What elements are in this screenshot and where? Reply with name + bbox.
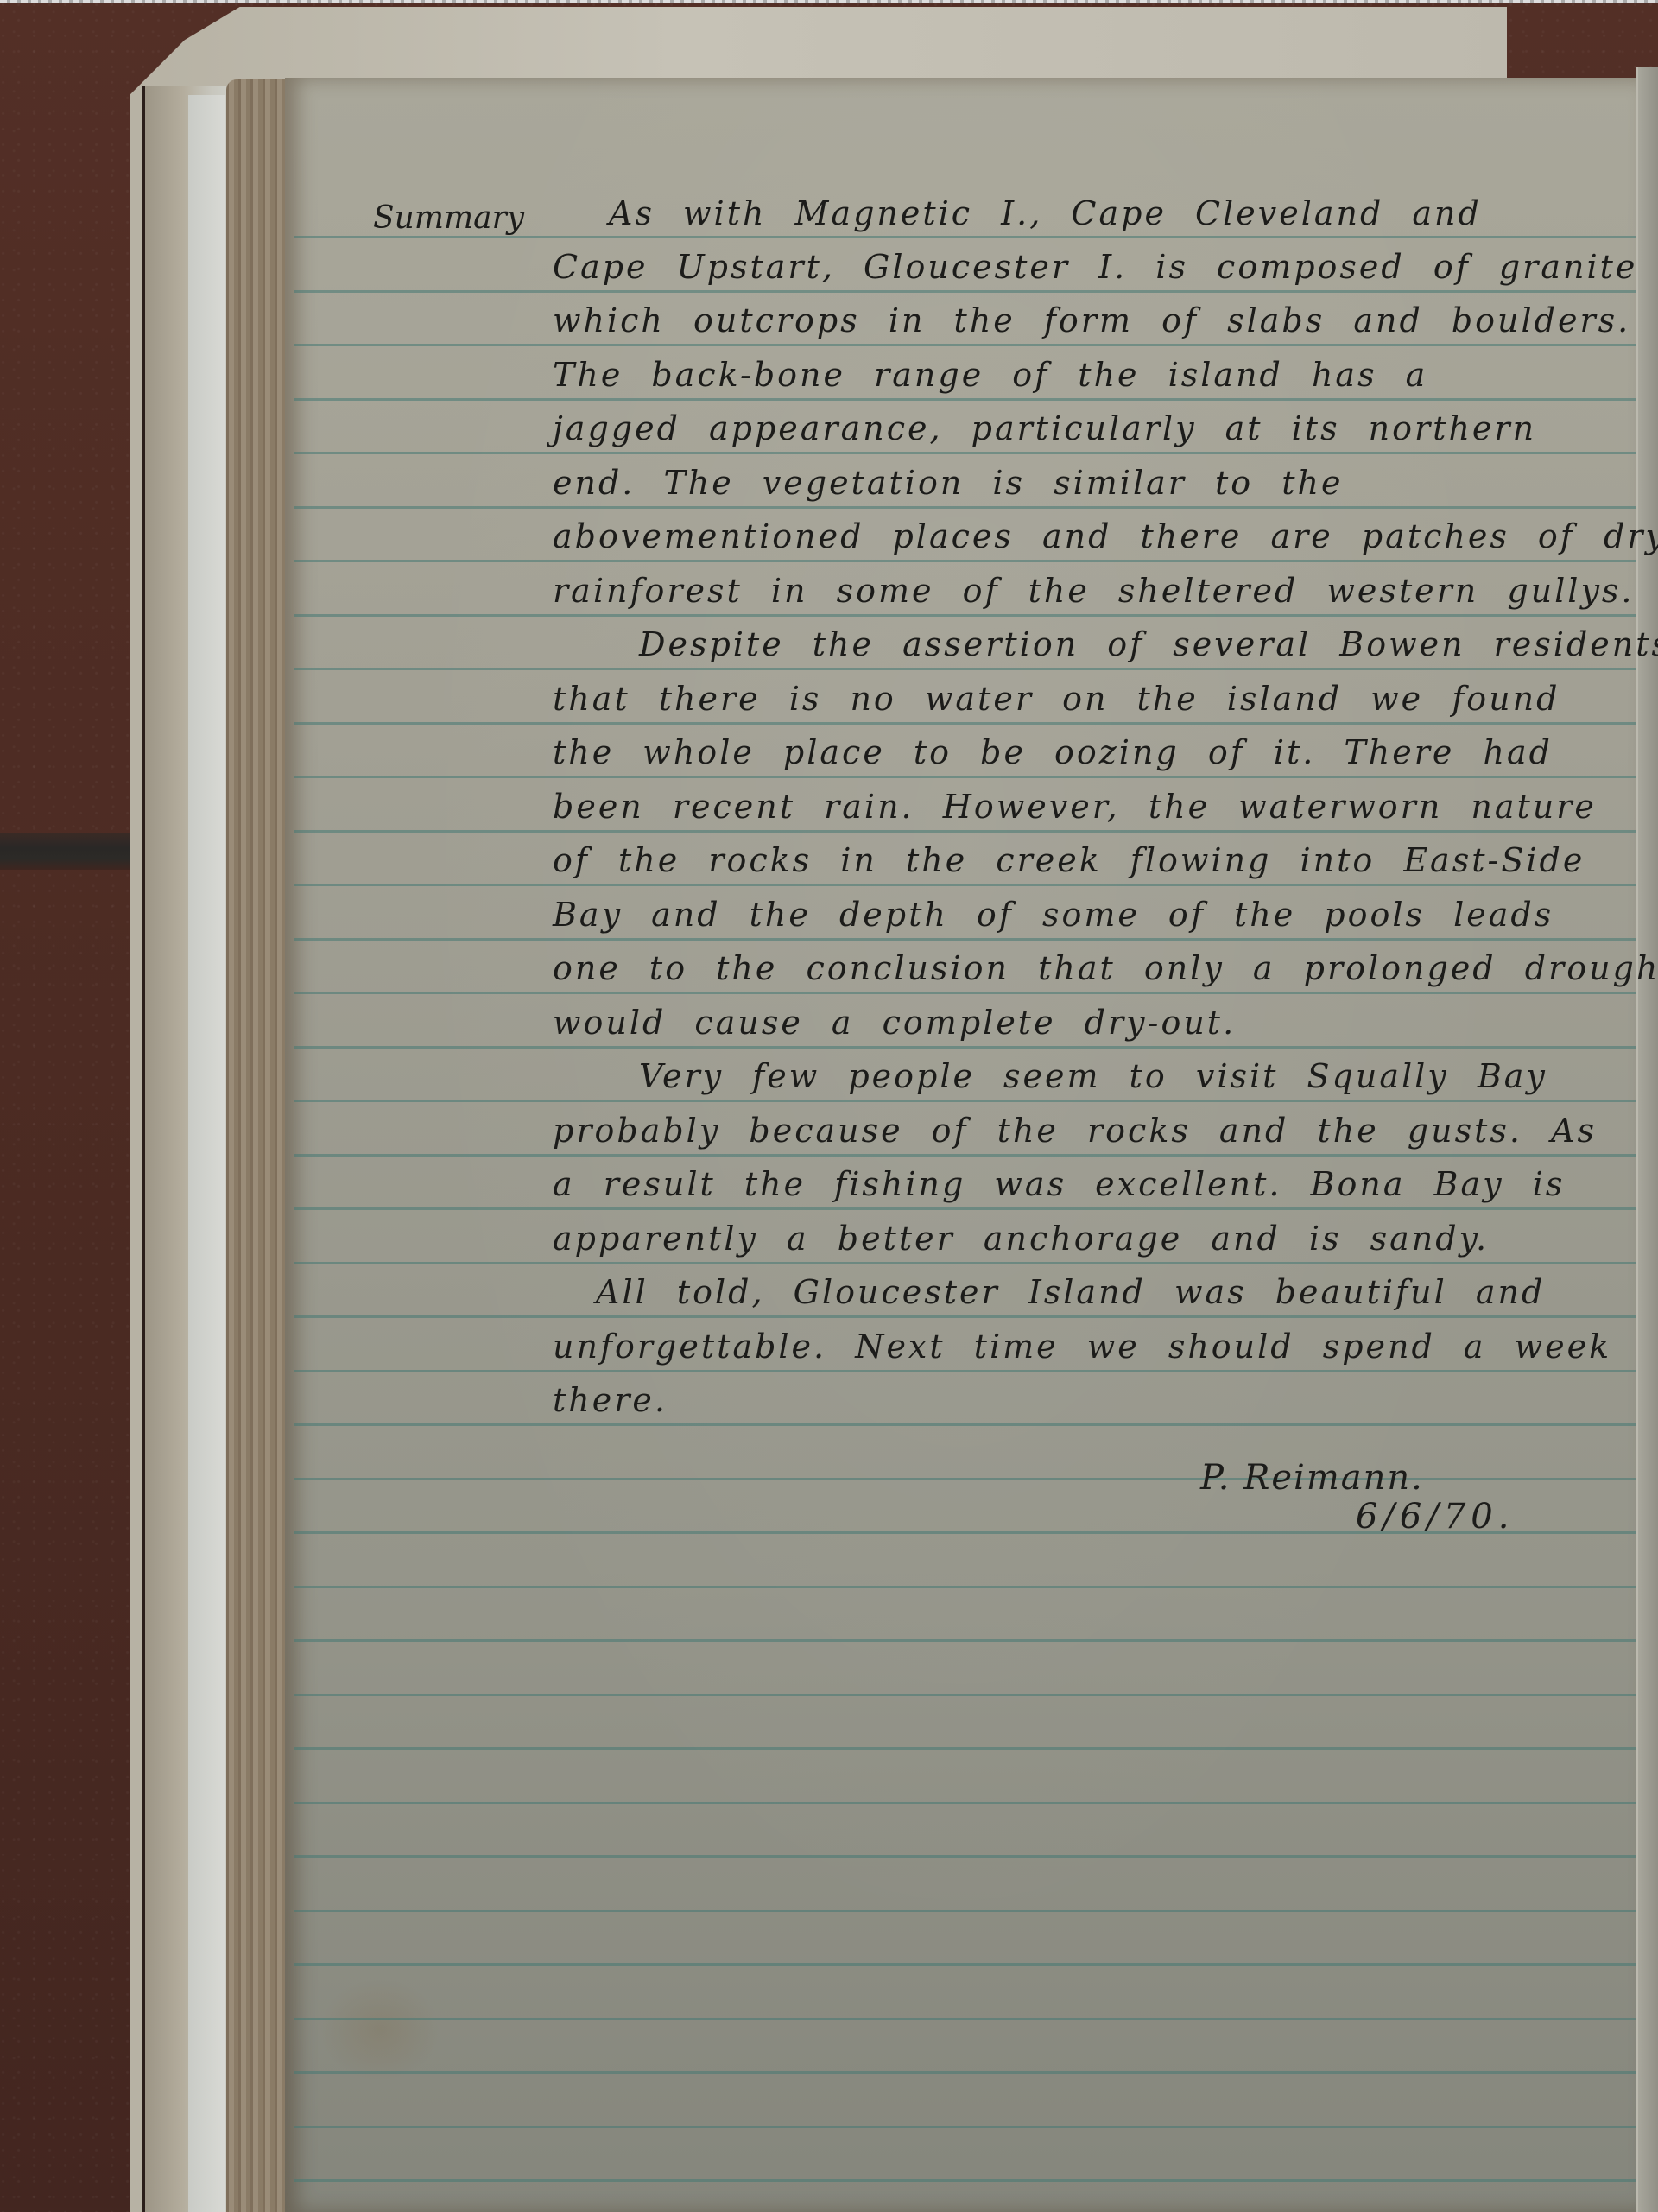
ruled-line [294, 722, 1636, 725]
ruled-line [294, 1639, 1636, 1642]
notebook-page-stack [226, 79, 287, 2212]
text-line: jagged appearance, particularly at its n… [553, 412, 1536, 445]
ruled-line [294, 236, 1636, 238]
margin-heading: Summary [373, 200, 524, 236]
text-line: Cape Upstart, Gloucester I. is composed … [553, 250, 1637, 283]
table-stripe [0, 833, 138, 870]
text-line: one to the conclusion that only a prolon… [553, 952, 1658, 985]
ruled-line [294, 1046, 1636, 1049]
ruled-line [294, 668, 1636, 670]
ruled-line [294, 614, 1636, 617]
ruled-line [294, 2179, 1636, 2182]
page-right-edge [1636, 67, 1658, 2212]
ruled-line [294, 1154, 1636, 1157]
ruled-line [294, 1694, 1636, 1696]
ruled-line [294, 1963, 1636, 1966]
text-line: apparently a better anchorage and is san… [553, 1222, 1489, 1255]
text-line: there. [553, 1384, 668, 1417]
ruled-line [294, 1262, 1636, 1264]
ruled-line [294, 560, 1636, 562]
ruled-line [294, 1586, 1636, 1588]
ruled-line [294, 2018, 1636, 2020]
ruled-line [294, 1423, 1636, 1426]
ruled-line [294, 884, 1636, 886]
ruled-line [294, 830, 1636, 833]
ruled-line [294, 398, 1636, 401]
text-line: end. The vegetation is similar to the [553, 466, 1343, 499]
text-line: probably because of the rocks and the gu… [553, 1114, 1597, 1147]
water-stain [320, 1978, 440, 2082]
text-line: the whole place to be oozing of it. Ther… [553, 736, 1553, 769]
ruled-line [294, 776, 1636, 778]
scan-top-border [0, 0, 1658, 3]
text-line: Very few people seem to visit Squally Ba… [639, 1060, 1547, 1093]
ruled-line [294, 992, 1636, 994]
text-line: which outcrops in the form of slabs and … [553, 304, 1630, 337]
text-line: that there is no water on the island we … [553, 682, 1560, 715]
text-line: of the rocks in the creek flowing into E… [553, 844, 1585, 877]
ruled-line [294, 452, 1636, 454]
text-line: been recent rain. However, the waterworn… [553, 790, 1597, 823]
entry-date: 6/6/70. [1356, 1497, 1514, 1537]
text-line: All told, Gloucester Island was beautifu… [596, 1276, 1545, 1309]
text-line: rainforest in some of the sheltered west… [553, 574, 1635, 607]
ruled-line [294, 290, 1636, 293]
ruled-line [294, 344, 1636, 346]
text-line: Despite the assertion of several Bowen r… [639, 628, 1658, 661]
ruled-line [294, 506, 1636, 509]
text-line: Bay and the depth of some of the pools l… [553, 898, 1554, 931]
text-line: a result the fishing was excellent. Bona… [553, 1168, 1565, 1201]
ruled-line [294, 1315, 1636, 1318]
ruled-line [294, 1910, 1636, 1912]
ruled-line [294, 1100, 1636, 1102]
author-signature: P. Reimann. [1200, 1458, 1424, 1498]
ruled-line [294, 2071, 1636, 2074]
text-line: As with Magnetic I., Cape Cleveland and [609, 197, 1482, 230]
ruled-line [294, 1747, 1636, 1750]
text-line: would cause a complete dry-out. [553, 1006, 1236, 1039]
ruled-line [294, 2126, 1636, 2128]
ruled-line [294, 1855, 1636, 1858]
ruled-line [294, 1478, 1636, 1480]
ruled-line [294, 938, 1636, 941]
paper-strip [188, 95, 225, 2212]
ruled-line [294, 1802, 1636, 1804]
ruled-line [294, 1207, 1636, 1210]
text-line: The back-bone range of the island has a [553, 358, 1427, 391]
text-line: abovementioned places and there are patc… [553, 520, 1658, 553]
ruled-line [294, 1370, 1636, 1372]
text-line: unforgettable. Next time we should spend… [553, 1330, 1611, 1363]
